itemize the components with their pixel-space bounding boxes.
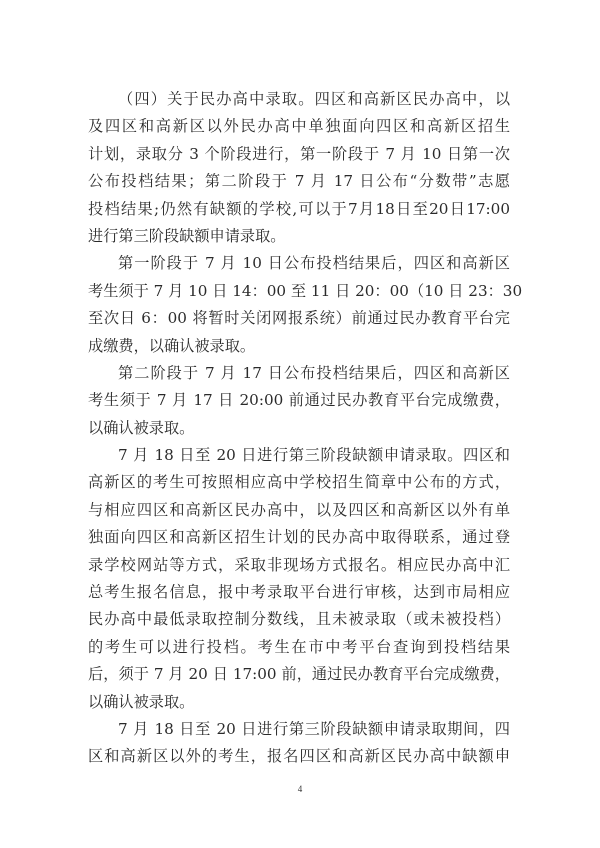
page-number: 4	[0, 784, 600, 794]
paragraph-private-high-school-admission: （四）关于民办高中录取。四区和高新区民办高中，以 及四区和高新区以外民办高中单独…	[88, 86, 510, 250]
text-line: 总考生报名信息，报中考录取平台进行审核，达到市局相应	[88, 579, 510, 606]
text-line: 区和高新区以外的考生，报名四区和高新区民办高中缺额申	[88, 743, 510, 770]
text-line: 的考生可以进行投档。考生在市中考平台查询到投档结果	[88, 634, 510, 661]
paragraph-stage-three-other-districts: 7 月 18 日至 20 日进行第三阶段缺额申请录取期间，四 区和高新区以外的考…	[88, 716, 510, 771]
text-line: 7 月 18 日至 20 日进行第三阶段缺额申请录取期间，四	[88, 716, 510, 743]
text-line: 考生须于 7 月 17 日 20:00 前通过民办教育平台完成缴费，	[88, 387, 510, 414]
paragraph-stage-two: 第二阶段于 7 月 17 日公布投档结果后，四区和高新区 考生须于 7 月 17…	[88, 360, 510, 442]
text-line: 与相应四区和高新区民办高中，以及四区和高新区以外有单	[88, 497, 510, 524]
text-line: 以确认被录取。	[88, 415, 510, 442]
paragraph-stage-one: 第一阶段于 7 月 10 日公布投档结果后，四区和高新区 考生须于 7 月 10…	[88, 250, 510, 360]
text-line: 及四区和高新区以外民办高中单独面向四区和高新区招生	[88, 113, 510, 140]
document-page: （四）关于民办高中录取。四区和高新区民办高中，以 及四区和高新区以外民办高中单独…	[0, 0, 600, 848]
text-line: 进行第三阶段缺额申请录取。	[88, 223, 510, 250]
text-line: 公布投档结果；第二阶段于 7 月 17 日公布“分数带”志愿	[88, 168, 510, 195]
paragraph-stage-three: 7 月 18 日至 20 日进行第三阶段缺额申请录取。四区和 高新区的考生可按照…	[88, 442, 510, 716]
text-line: 成缴费，以确认被录取。	[88, 333, 510, 360]
text-line: 以确认被录取。	[88, 689, 510, 716]
text-line: 7 月 18 日至 20 日进行第三阶段缺额申请录取。四区和	[88, 442, 510, 469]
text-line: 至次日 6：00 将暂时关闭网报系统）前通过民办教育平台完	[88, 305, 510, 332]
text-line: 投档结果;仍然有缺额的学校,可以于7月18日至20日17:00	[88, 196, 510, 223]
text-line: 第一阶段于 7 月 10 日公布投档结果后，四区和高新区	[88, 250, 510, 277]
text-line: 录学校网站等方式，采取非现场方式报名。相应民办高中汇	[88, 552, 510, 579]
text-line: 后，须于 7 月 20 日 17:00 前，通过民办教育平台完成缴费，	[88, 661, 510, 688]
text-line: 独面向四区和高新区招生计划的民办高中取得联系，通过登	[88, 524, 510, 551]
body-text: （四）关于民办高中录取。四区和高新区民办高中，以 及四区和高新区以外民办高中单独…	[88, 86, 510, 771]
text-line: 计划，录取分 3 个阶段进行，第一阶段于 7 月 10 日第一次	[88, 141, 510, 168]
text-line: （四）关于民办高中录取。四区和高新区民办高中，以	[88, 86, 510, 113]
text-line: 考生须于 7 月 10 日 14：00 至 11 日 20：00（10 日 23…	[88, 278, 510, 305]
text-line: 高新区的考生可按照相应高中学校招生简章中公布的方式，	[88, 469, 510, 496]
text-line: 第二阶段于 7 月 17 日公布投档结果后，四区和高新区	[88, 360, 510, 387]
text-line: 民办高中最低录取控制分数线，且未被录取（或未被投档）	[88, 606, 510, 633]
